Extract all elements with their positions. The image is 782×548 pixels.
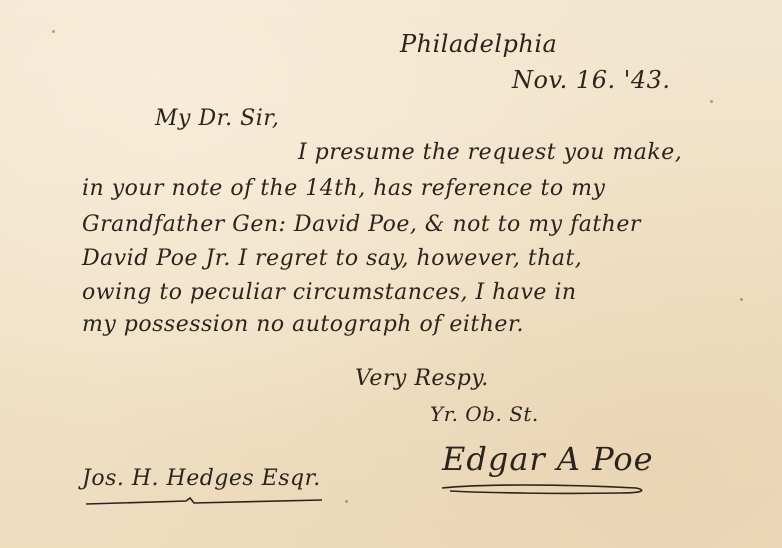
body-line: David Poe Jr. I regret to say, however, … (82, 246, 582, 271)
body-line: owing to peculiar circumstances, I have … (82, 280, 577, 305)
signature-flourish-icon (440, 482, 650, 496)
letter-date: Nov. 16. '43. (512, 66, 670, 94)
paper-fleck (52, 30, 55, 33)
letter-page: Philadelphia Nov. 16. '43. My Dr. Sir, I… (0, 0, 782, 548)
closing-line-2: Yr. Ob. St. (430, 402, 539, 426)
signature: Edgar A Poe (442, 440, 654, 478)
body-line: I presume the request you make, (298, 140, 682, 165)
closing-line-1: Very Respy. (355, 366, 489, 391)
paper-fleck (345, 500, 348, 503)
body-line: my possession no autograph of either. (82, 312, 524, 337)
recipient-underline-icon (86, 496, 322, 506)
body-line: Grandfather Gen: David Poe, & not to my … (82, 212, 641, 237)
paper-fleck (710, 100, 713, 103)
letter-place: Philadelphia (400, 30, 557, 58)
body-line: in your note of the 14th, has reference … (82, 176, 605, 201)
salutation: My Dr. Sir, (155, 106, 279, 131)
paper-fleck (740, 298, 743, 301)
recipient-name: Jos. H. Hedges Esqr. (82, 466, 321, 491)
